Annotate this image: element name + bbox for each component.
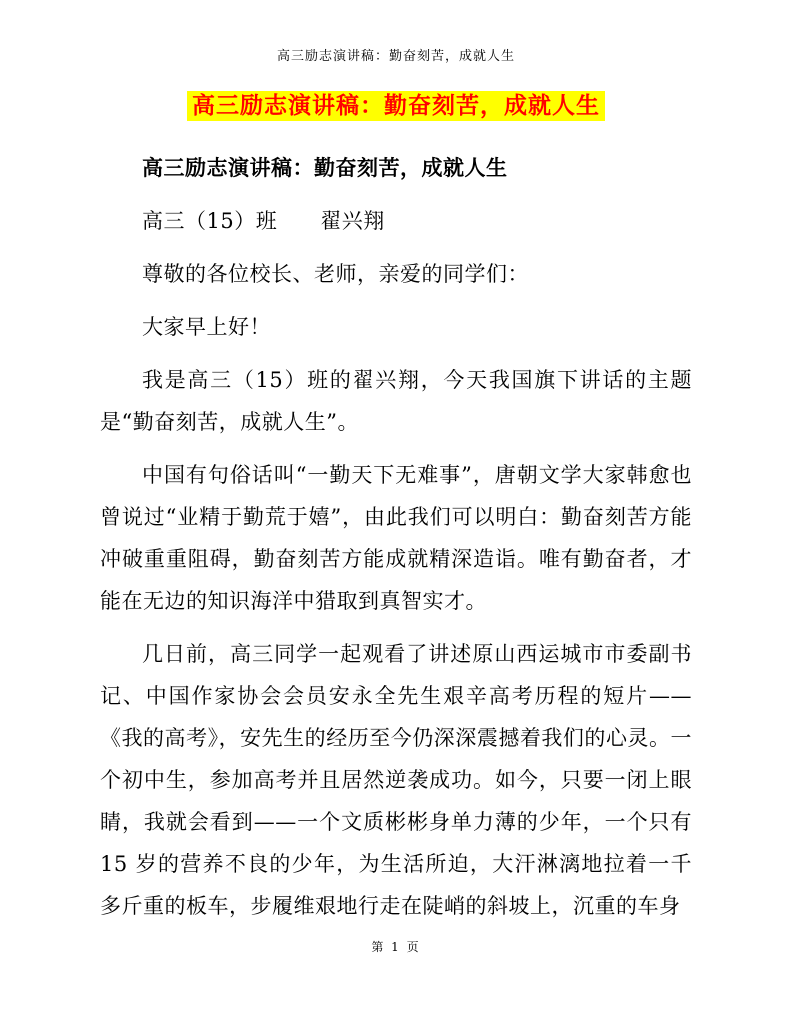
paragraph: 中国有句俗话叫“一勤天下无难事”，唐朝文学大家韩愈也曾说过“业精于勤荒于嬉”，由… <box>100 454 692 622</box>
document-page: 高三励志演讲稿：勤奋刻苦，成就人生 高三励志演讲稿：勤奋刻苦，成就人生 高三励志… <box>0 0 792 1025</box>
page-number-footer: 第 1 页 <box>0 938 792 955</box>
running-header: 高三励志演讲稿：勤奋刻苦，成就人生 <box>0 0 792 64</box>
byline: 高三（15）班 翟兴翔 <box>100 200 692 242</box>
salutation: 尊敬的各位校长、老师，亲爱的同学们： <box>100 253 692 295</box>
greeting: 大家早上好！ <box>100 306 692 348</box>
paragraph: 我是高三（15）班的翟兴翔，今天我国旗下讲话的主题是“勤奋刻苦，成就人生”。 <box>100 359 692 443</box>
document-heading: 高三励志演讲稿：勤奋刻苦，成就人生 <box>100 147 692 189</box>
paragraph: 几日前，高三同学一起观看了讲述原山西运城市市委副书记、中国作家协会会员安永全先生… <box>100 633 692 927</box>
highlighted-title: 高三励志演讲稿：勤奋刻苦，成就人生 <box>187 91 605 121</box>
document-body: 高三励志演讲稿：勤奋刻苦，成就人生 高三（15）班 翟兴翔 尊敬的各位校长、老师… <box>0 147 792 927</box>
title-container: 高三励志演讲稿：勤奋刻苦，成就人生 <box>0 91 792 121</box>
